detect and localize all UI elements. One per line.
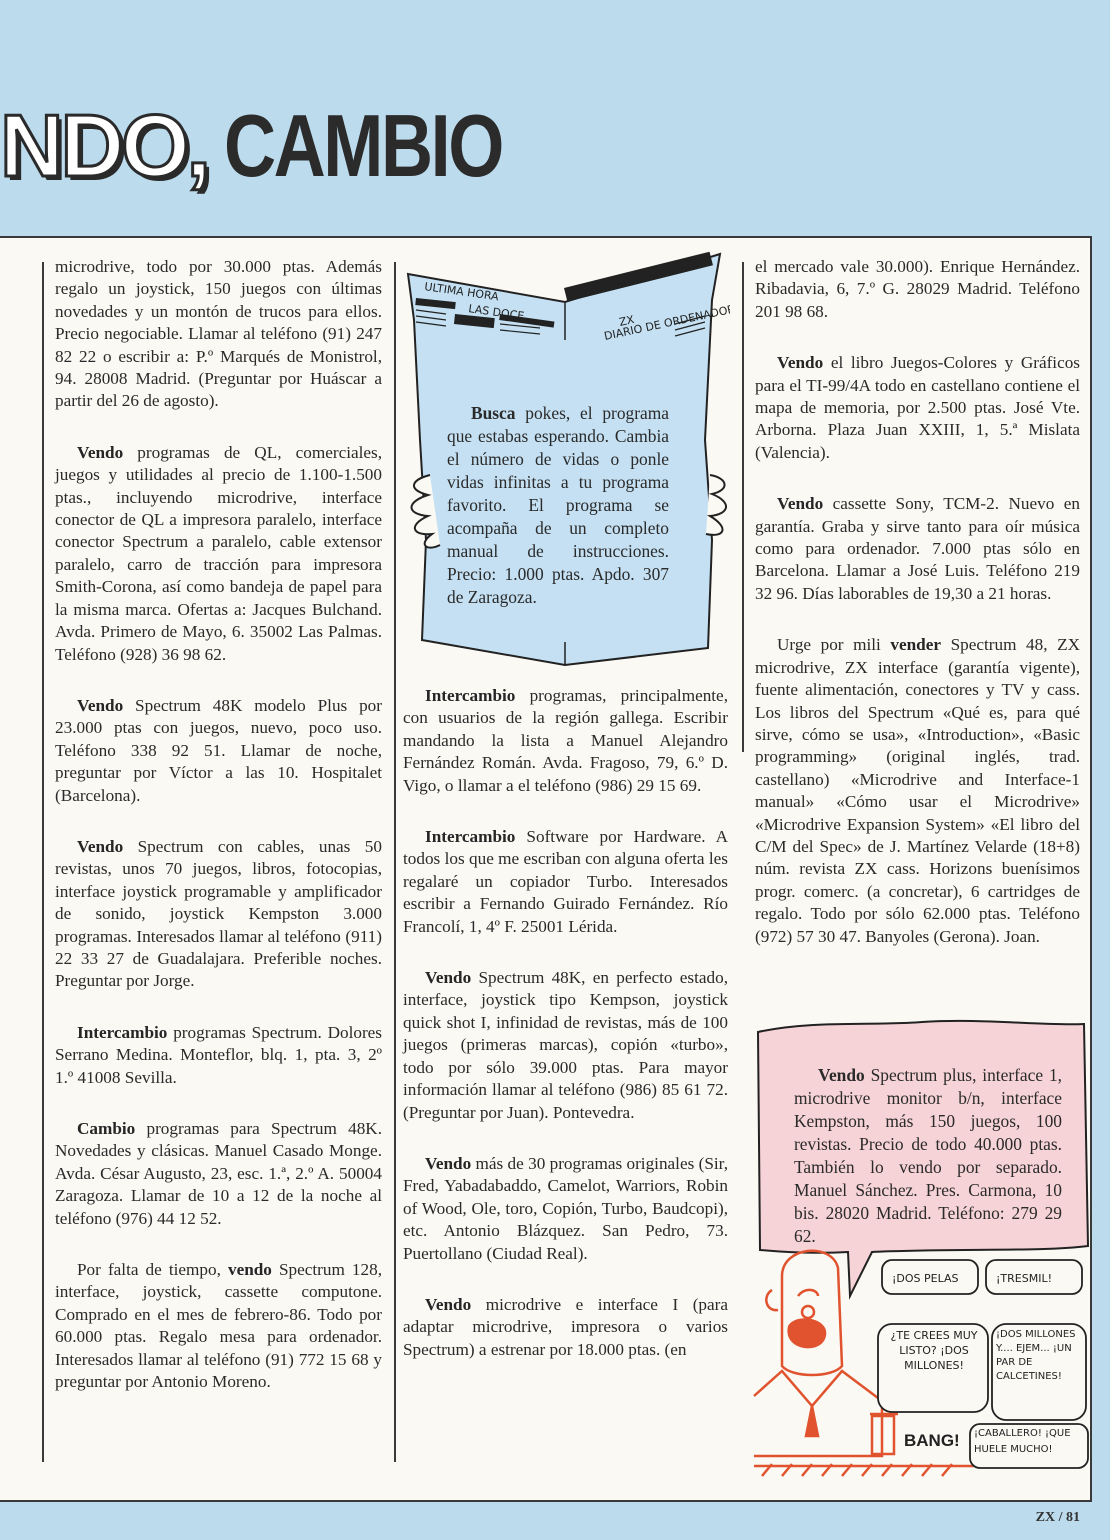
classified-ad: Vendo el libro Juegos-Colores y Gráficos…: [755, 352, 1080, 464]
ad-keyword: Vendo: [77, 696, 123, 715]
ad-keyword: Intercambio: [425, 686, 515, 705]
classified-ad: Vendo más de 30 programas originales (Si…: [403, 1153, 728, 1265]
bubble-text: ¡CABALLERO! ¡QUE HUELE MUCHO!: [974, 1426, 1086, 1458]
ad-keyword: Vendo: [777, 494, 823, 513]
classifieds-page: microdrive, todo por 30.000 ptas. Además…: [0, 236, 1092, 1502]
ad-keyword: Intercambio: [425, 827, 515, 846]
column-rule-middle-right: [742, 262, 744, 752]
ad-keyword: Busca: [471, 403, 515, 423]
classified-ad: microdrive, todo por 30.000 ptas. Además…: [55, 256, 382, 413]
newspaper-ad: ULTIMA HORA LAS DOCE ZX DIARIO DE ORDENA…: [400, 240, 730, 680]
svg-text:¡TRESMIL!: ¡TRESMIL!: [996, 1272, 1052, 1285]
column-rule-middle-left: [394, 262, 396, 1462]
column-rule-left: [42, 262, 44, 1462]
classified-ad: Cambio programas para Spectrum 48K. Nove…: [55, 1118, 382, 1230]
title-outline-text: NDO,: [0, 96, 208, 195]
classified-ad: Por falta de tiempo, vendo Spectrum 128,…: [55, 1259, 382, 1393]
svg-text:¡DOS PELAS: ¡DOS PELAS: [892, 1272, 959, 1285]
page-folio: ZX / 81: [1036, 1510, 1080, 1526]
pink-ad-text: Vendo Spectrum plus, interface 1, microd…: [794, 1064, 1062, 1248]
ad-keyword: Vendo: [777, 353, 823, 372]
ad-keyword: Vendo: [425, 968, 471, 987]
bubble-text: ¡DOS MILLONES Y.... EJEM... ¡UN PAR DE C…: [996, 1328, 1084, 1384]
classified-ad: Vendo cassette Sony, TCM-2. Nuevo en gar…: [755, 493, 1080, 605]
classified-ad: Urge por mili vender Spectrum 48, ZX mic…: [755, 634, 1080, 948]
classified-ad: Vendo programas de QL, comerciales, jueg…: [55, 442, 382, 666]
bubble-text: ¿TE CREES MUY LISTO? ¡DOS MILLONES!: [882, 1328, 986, 1373]
ad-keyword: vender: [890, 635, 941, 654]
column-1: microdrive, todo por 30.000 ptas. Además…: [55, 256, 382, 1422]
ad-keyword: Cambio: [77, 1119, 135, 1138]
column-2: Intercambio programas, principalmente, c…: [403, 685, 728, 1390]
ad-keyword: Vendo: [77, 837, 123, 856]
ad-keyword: Vendo: [77, 443, 123, 462]
classified-ad: Intercambio programas Spectrum. Dolores …: [55, 1022, 382, 1089]
newspaper-ad-text: Busca pokes, el programa que estabas esp…: [447, 402, 669, 609]
ad-keyword: Vendo: [425, 1295, 471, 1314]
classified-ad: Intercambio programas, principalmente, c…: [403, 685, 728, 797]
section-title: NDO,CAMBIO: [0, 96, 563, 196]
column-3: el mercado vale 30.000). Enrique Hernánd…: [755, 256, 1080, 977]
ad-keyword: Vendo: [818, 1065, 865, 1085]
classified-ad: Vendo microdrive e interface I (para ada…: [403, 1294, 728, 1361]
ad-keyword: Intercambio: [77, 1023, 167, 1042]
classified-ad: Vendo Spectrum 48K modelo Plus por 23.00…: [55, 695, 382, 807]
ad-keyword: vendo: [228, 1260, 272, 1279]
classified-ad: el mercado vale 30.000). Enrique Hernánd…: [755, 256, 1080, 323]
classified-ad: Vendo Spectrum 48K, en perfecto estado, …: [403, 967, 728, 1124]
classified-ad: Vendo Spectrum con cables, unas 50 revis…: [55, 836, 382, 993]
title-solid-text: CAMBIO: [224, 96, 502, 196]
classified-ad: Intercambio Software por Hardware. A tod…: [403, 826, 728, 938]
cartoon-ad: ¡DOS PELAS ¡TRESMIL! ¿TE CREES MUY LISTO…: [752, 1006, 1094, 1500]
ad-keyword: Vendo: [425, 1154, 471, 1173]
svg-text:BANG!: BANG!: [904, 1431, 960, 1450]
